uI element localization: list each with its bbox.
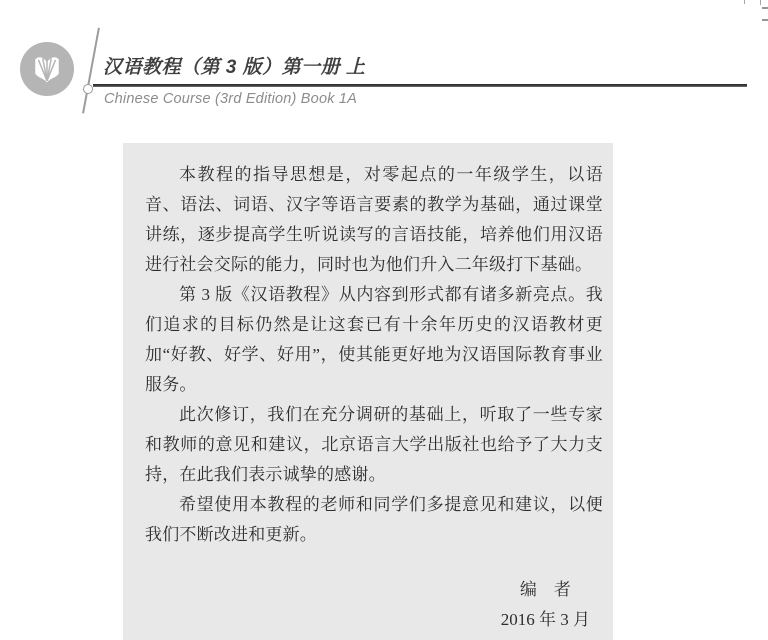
- signature-author: 编 者: [501, 575, 590, 605]
- header-rule: [93, 84, 747, 87]
- signature-inner: 编 者 2016 年 3 月: [501, 575, 590, 635]
- scan-artifact-dash: [762, 19, 768, 21]
- page-title-zh: 汉语教程（第 3 版）第一册 上: [103, 55, 365, 81]
- publisher-logo: [20, 42, 74, 96]
- preface-paragraph: 此次修订，我们在充分调研的基础上，听取了一些专家和教师的意见和建议，北京语言大学…: [145, 400, 603, 490]
- scan-artifact-tick: [760, 0, 761, 5]
- signature-block: 编 者 2016 年 3 月: [145, 575, 590, 635]
- scanned-book-page: 汉语教程（第 3 版）第一册 上 Chinese Course (3rd Edi…: [0, 0, 768, 640]
- open-book-icon: [31, 53, 63, 85]
- preface-panel: 本教程的指导思想是，对零起点的一年级学生，以语音、语法、词语、汉字等语言要素的教…: [123, 143, 613, 640]
- header-diagonal-line: [82, 28, 99, 114]
- preface-paragraph: 本教程的指导思想是，对零起点的一年级学生，以语音、语法、词语、汉字等语言要素的教…: [145, 160, 603, 280]
- signature-date: 2016 年 3 月: [501, 605, 590, 635]
- scan-artifact-dash: [762, 7, 768, 9]
- header-ring-ornament: [83, 84, 93, 94]
- preface-paragraph: 希望使用本教程的老师和同学们多提意见和建议，以便我们不断改进和更新。: [145, 490, 603, 550]
- page-subtitle-en: Chinese Course (3rd Edition) Book 1A: [104, 91, 357, 107]
- scan-artifact-tick: [744, 0, 745, 4]
- preface-paragraph: 第 3 版《汉语教程》从内容到形式都有诸多新亮点。我们追求的目标仍然是让这套已有…: [145, 280, 603, 400]
